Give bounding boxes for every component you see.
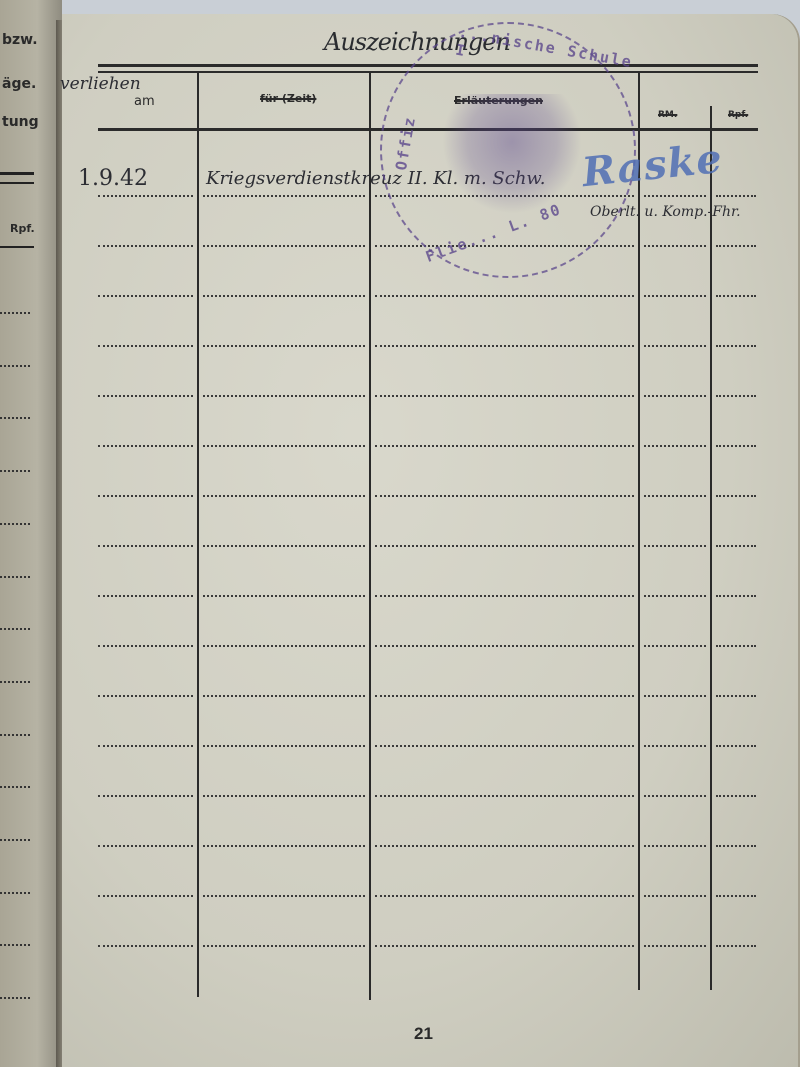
row-dotted-line (644, 245, 706, 247)
row-dotted-line (203, 895, 365, 897)
left-page-dotted-line (0, 523, 30, 525)
row-dotted-line (375, 345, 634, 347)
left-page-rule (0, 182, 34, 184)
row-dotted-line (644, 645, 706, 647)
document-page: Auszeichnungen verliehen am für (Zeit) E… (62, 14, 798, 1067)
row-dotted-line (375, 945, 634, 947)
row-dotted-line (716, 945, 756, 947)
row-dotted-line (98, 445, 193, 447)
row-dotted-line (375, 495, 634, 497)
row-dotted-line (98, 845, 193, 847)
row-dotted-line (644, 595, 706, 597)
left-page-dotted-line (0, 365, 30, 367)
left-page-text-2: äge. (2, 76, 36, 92)
row-dotted-line (98, 795, 193, 797)
left-page-column-label: Rpf. (10, 222, 35, 235)
row-dotted-line (203, 445, 365, 447)
row-dotted-line (716, 645, 756, 647)
row-dotted-line (644, 845, 706, 847)
row-dotted-line (98, 895, 193, 897)
row-dotted-line (716, 595, 756, 597)
row-dotted-line (203, 945, 365, 947)
left-page-rule (0, 172, 34, 175)
row-dotted-line (375, 895, 634, 897)
row-dotted-line (98, 595, 193, 597)
row-dotted-line (716, 195, 756, 197)
row-dotted-line (716, 495, 756, 497)
left-page-dotted-line (0, 576, 30, 578)
row-dotted-line (203, 795, 365, 797)
row-dotted-line (644, 445, 706, 447)
row-dotted-line (203, 845, 365, 847)
row-dotted-line (644, 345, 706, 347)
row-dotted-line (203, 345, 365, 347)
row-dotted-line (644, 545, 706, 547)
row-dotted-line (644, 895, 706, 897)
row-dotted-line (98, 695, 193, 697)
row-dotted-line (98, 245, 193, 247)
left-page-dotted-line (0, 470, 30, 472)
row-dotted-line (644, 695, 706, 697)
left-page-rule (0, 246, 34, 248)
row-dotted-line (375, 795, 634, 797)
left-page-dotted-line (0, 628, 30, 630)
page-number: 21 (414, 1024, 433, 1044)
row-dotted-line (98, 645, 193, 647)
entry-date: 1.9.42 (78, 166, 148, 191)
column-header-rm: RM. (658, 110, 677, 120)
row-dotted-line (203, 745, 365, 747)
left-page-dotted-line (0, 786, 30, 788)
row-dotted-line (375, 745, 634, 747)
row-dotted-line (203, 645, 365, 647)
row-dotted-line (203, 545, 365, 547)
left-page-dotted-line (0, 734, 30, 736)
column-divider-2 (369, 72, 371, 1000)
row-dotted-line (203, 695, 365, 697)
left-page-fragment: bzw. äge. tung Rpf. (0, 0, 62, 1067)
column-divider-1 (197, 72, 199, 997)
row-dotted-line (716, 745, 756, 747)
left-page-dotted-line (0, 892, 30, 894)
row-dotted-line (203, 195, 365, 197)
row-dotted-line (716, 395, 756, 397)
row-dotted-line (716, 545, 756, 547)
column-divider-4 (710, 106, 712, 990)
row-dotted-line (203, 395, 365, 397)
left-page-dotted-line (0, 417, 30, 419)
row-dotted-line (716, 345, 756, 347)
left-page-text-1: bzw. (2, 32, 38, 48)
row-dotted-line (716, 695, 756, 697)
left-page-dotted-line (0, 839, 30, 841)
row-dotted-line (644, 495, 706, 497)
row-dotted-line (98, 945, 193, 947)
row-dotted-line (98, 195, 193, 197)
row-dotted-line (375, 845, 634, 847)
row-dotted-line (375, 645, 634, 647)
left-page-dotted-line (0, 944, 30, 946)
row-dotted-line (644, 945, 706, 947)
row-dotted-line (98, 745, 193, 747)
row-dotted-line (716, 845, 756, 847)
eagle-emblem-icon (442, 94, 582, 214)
handwritten-verliehen: verliehen (60, 74, 141, 94)
row-dotted-line (644, 745, 706, 747)
row-dotted-line (375, 545, 634, 547)
row-dotted-line (375, 695, 634, 697)
row-dotted-line (98, 495, 193, 497)
left-page-text-3: tung (2, 114, 39, 130)
column-header-fuer-zeit: für (Zeit) (260, 92, 316, 105)
left-page-dotted-line (0, 681, 30, 683)
row-dotted-line (644, 295, 706, 297)
row-dotted-line (98, 545, 193, 547)
left-page-dotted-line (0, 312, 30, 314)
row-dotted-line (203, 295, 365, 297)
column-header-rpf: Rpf. (728, 110, 748, 120)
row-dotted-line (644, 395, 706, 397)
row-dotted-line (644, 195, 706, 197)
row-dotted-line (203, 245, 365, 247)
row-dotted-line (644, 795, 706, 797)
left-page-dotted-line (0, 997, 30, 999)
row-dotted-line (98, 345, 193, 347)
row-dotted-line (375, 295, 634, 297)
row-dotted-line (98, 295, 193, 297)
row-dotted-line (375, 395, 634, 397)
row-dotted-line (375, 595, 634, 597)
row-dotted-line (203, 595, 365, 597)
row-dotted-line (716, 795, 756, 797)
row-dotted-line (716, 295, 756, 297)
row-dotted-line (716, 245, 756, 247)
row-dotted-line (375, 445, 634, 447)
row-dotted-line (716, 895, 756, 897)
row-dotted-line (98, 395, 193, 397)
row-dotted-line (203, 495, 365, 497)
column-header-am: am (134, 94, 155, 109)
row-dotted-line (716, 445, 756, 447)
